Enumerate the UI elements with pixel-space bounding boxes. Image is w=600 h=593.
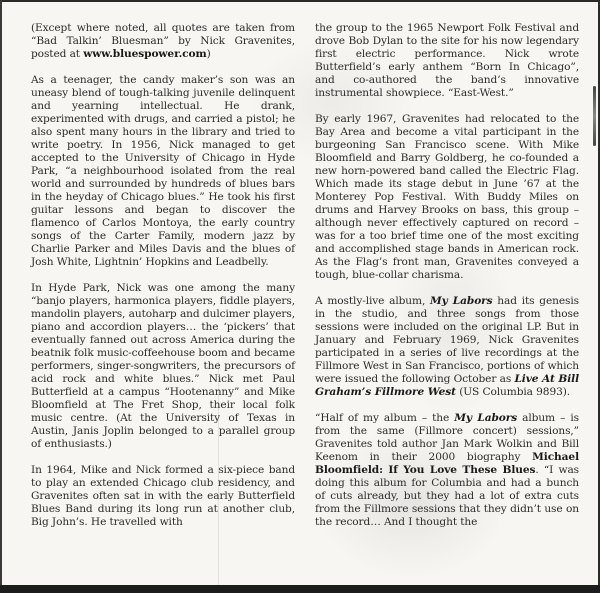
booklet-page: (Except where noted, all quotes are take… — [2, 2, 598, 585]
paragraph-newport: the group to the 1965 Newport Folk Festi… — [315, 22, 579, 100]
text-span: had its genesis in the studio, and three… — [315, 295, 579, 385]
album-title-my-labors: My Labors — [430, 295, 493, 307]
album-title-my-labors: My Labors — [454, 412, 517, 424]
source-website-link[interactable]: www.bluespower.com — [83, 48, 206, 60]
staple-mark — [593, 86, 596, 146]
text-span: A mostly-live album, — [315, 295, 430, 307]
left-text-column: (Except where noted, all quotes are take… — [31, 22, 295, 542]
paragraph-half-album-quote: “Half of my album – the My Labors album … — [315, 412, 579, 529]
right-text-column: the group to the 1965 Newport Folk Festi… — [315, 22, 579, 542]
text-span: (US Columbia 9893). — [456, 386, 570, 398]
text-span: “Half of my album – the — [315, 412, 454, 424]
source-note-paragraph: (Except where noted, all quotes are take… — [31, 22, 295, 61]
paragraph-hyde-park: In Hyde Park, Nick was one among the man… — [31, 282, 295, 451]
paragraph-1964-band: In 1964, Mike and Nick formed a six-piec… — [31, 464, 295, 529]
scan-bottom-edge — [0, 585, 600, 593]
paragraph-bay-area: By early 1967, Gravenites had relocated … — [315, 113, 579, 282]
paragraph-my-labors: A mostly-live album, My Labors had its g… — [315, 295, 579, 399]
source-note-close: ) — [207, 48, 211, 60]
paragraph-teenager: As a teenager, the candy maker’s son was… — [31, 74, 295, 269]
